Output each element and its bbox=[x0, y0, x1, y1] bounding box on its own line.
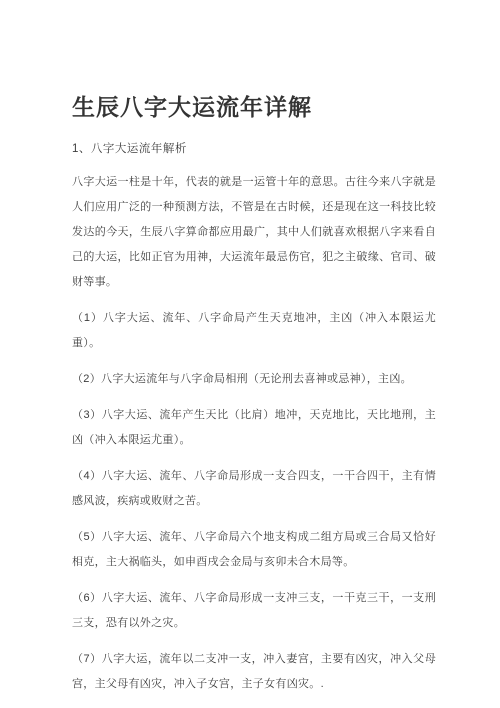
document-page: 生辰八字大运流年详解 1、八字大运流年解析 八字大运一柱是十年，代表的就是一运管… bbox=[0, 0, 500, 708]
intro-paragraph: 八字大运一柱是十年，代表的就是一运管十年的意思。古往今来八字就是人们应用广泛的一… bbox=[72, 170, 436, 295]
rule-item-2: （2）八字大运流年与八字命局相刑（无论刑去喜神或忌神），主凶。 bbox=[72, 367, 436, 392]
rule-item-1: （1）八字大运、流年、八字命局产生天克地冲，主凶（冲入本限运尤重）。 bbox=[72, 306, 436, 356]
rule-item-6: （6）八字大运、流年、八字命局形成一支冲三支，一干克三干，一支刑三支，恐有以外之… bbox=[72, 586, 436, 636]
section-heading: 1、八字大运流年解析 bbox=[72, 141, 436, 157]
rule-item-5: （5）八字大运、流年、八字命局六个地支构成二组方局或三合局又恰好相克，主大祸临头… bbox=[72, 525, 436, 575]
rule-item-4: （4）八字大运、流年、八字命局形成一支合四支，一干合四干，主有情感风波，疾病或败… bbox=[72, 464, 436, 514]
document-title: 生辰八字大运流年详解 bbox=[72, 93, 436, 121]
rule-item-7: （7）八字大运，流年以二支冲一支，冲入妻宫，主要有凶灾，冲入父母宫，主父母有凶灾… bbox=[72, 647, 436, 697]
rule-item-3: （3）八字大运、流年产生天比（比肩）地冲，天克地比，天比地刑，主凶（冲入本限运尤… bbox=[72, 403, 436, 453]
